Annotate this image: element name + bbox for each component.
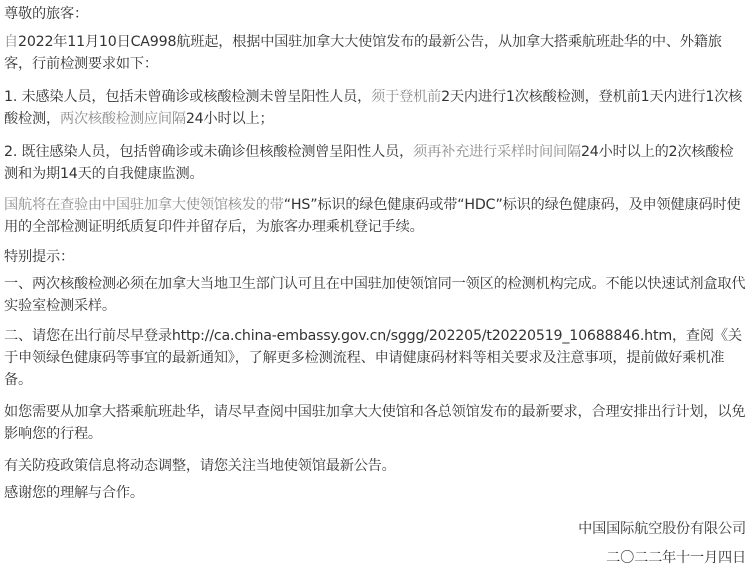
intro-paragraph: 自2022年11月10日CA998航班起，根据中国驻加拿大大使馆发布的最新公告，… [4, 31, 746, 75]
item1-text-a: 1. 未感染人员，包括未曾确诊或核酸检测未曾呈阳性人员， [4, 89, 371, 105]
special-heading: 特别提示： [4, 246, 746, 268]
advice-paragraph: 如您需要从加拿大搭乘航班赴华，请尽早查阅中国驻加拿大大使馆和各总领馆发布的最新要… [4, 401, 746, 445]
item1-text-e: 24小时以上； [186, 111, 274, 127]
intro-lead: 自 [4, 34, 18, 50]
air-china-note: 国航将在查验由中国驻加拿大使领馆核发的带“HS”标识的绿色健康码或带“HDC”标… [4, 194, 746, 238]
special-item-2: 二、请您在出行前尽早登录http://ca.china-embassy.gov.… [4, 325, 746, 391]
requirement-item-1: 1. 未感染人员，包括未曾确诊或核酸检测未曾呈阳性人员，须于登机前2天内进行1次… [4, 86, 746, 130]
requirement-item-2: 2. 既往感染人员，包括曾确诊或未确诊但核酸检测曾呈阳性人员，须再补充进行采样时… [4, 141, 746, 185]
intro-text: 2022年11月10日CA998航班起，根据中国驻加拿大大使馆发布的最新公告，从… [4, 34, 722, 72]
special2-prefix: 二、请您在出行前尽早登录 [4, 328, 172, 344]
item1-text-d: 两次核酸检测应间隔 [60, 111, 186, 127]
signature-date: 二〇二二年十一月四日 [606, 547, 746, 569]
thanks: 感谢您的理解与合作。 [4, 482, 746, 504]
special-item-1: 一、两次核酸检测必须在加拿大当地卫生部门认可且在中国驻加使领馆同一领区的检测机构… [4, 273, 746, 317]
signature-company: 中国国际航空股份有限公司 [578, 518, 746, 540]
item2-text-b: 须再补充进行采样时间间隔 [413, 144, 581, 160]
greeting: 尊敬的旅客： [4, 3, 746, 25]
notice-document: 尊敬的旅客： 自2022年11月10日CA998航班起，根据中国驻加拿大大使馆发… [0, 0, 750, 578]
item1-text-b: 须于登机前 [371, 89, 441, 105]
policy-note: 有关防疫政策信息将动态调整，请您关注当地使领馆最新公告。 [4, 455, 746, 477]
embassy-link[interactable]: http://ca.china-embassy.gov.cn/sggg/2022… [172, 328, 672, 344]
note-text-a: 国航将在查验由中国驻加拿大使领馆核发的带 [4, 197, 284, 213]
item2-text-a: 2. 既往感染人员，包括曾确诊或未确诊但核酸检测曾呈阳性人员， [4, 144, 413, 160]
